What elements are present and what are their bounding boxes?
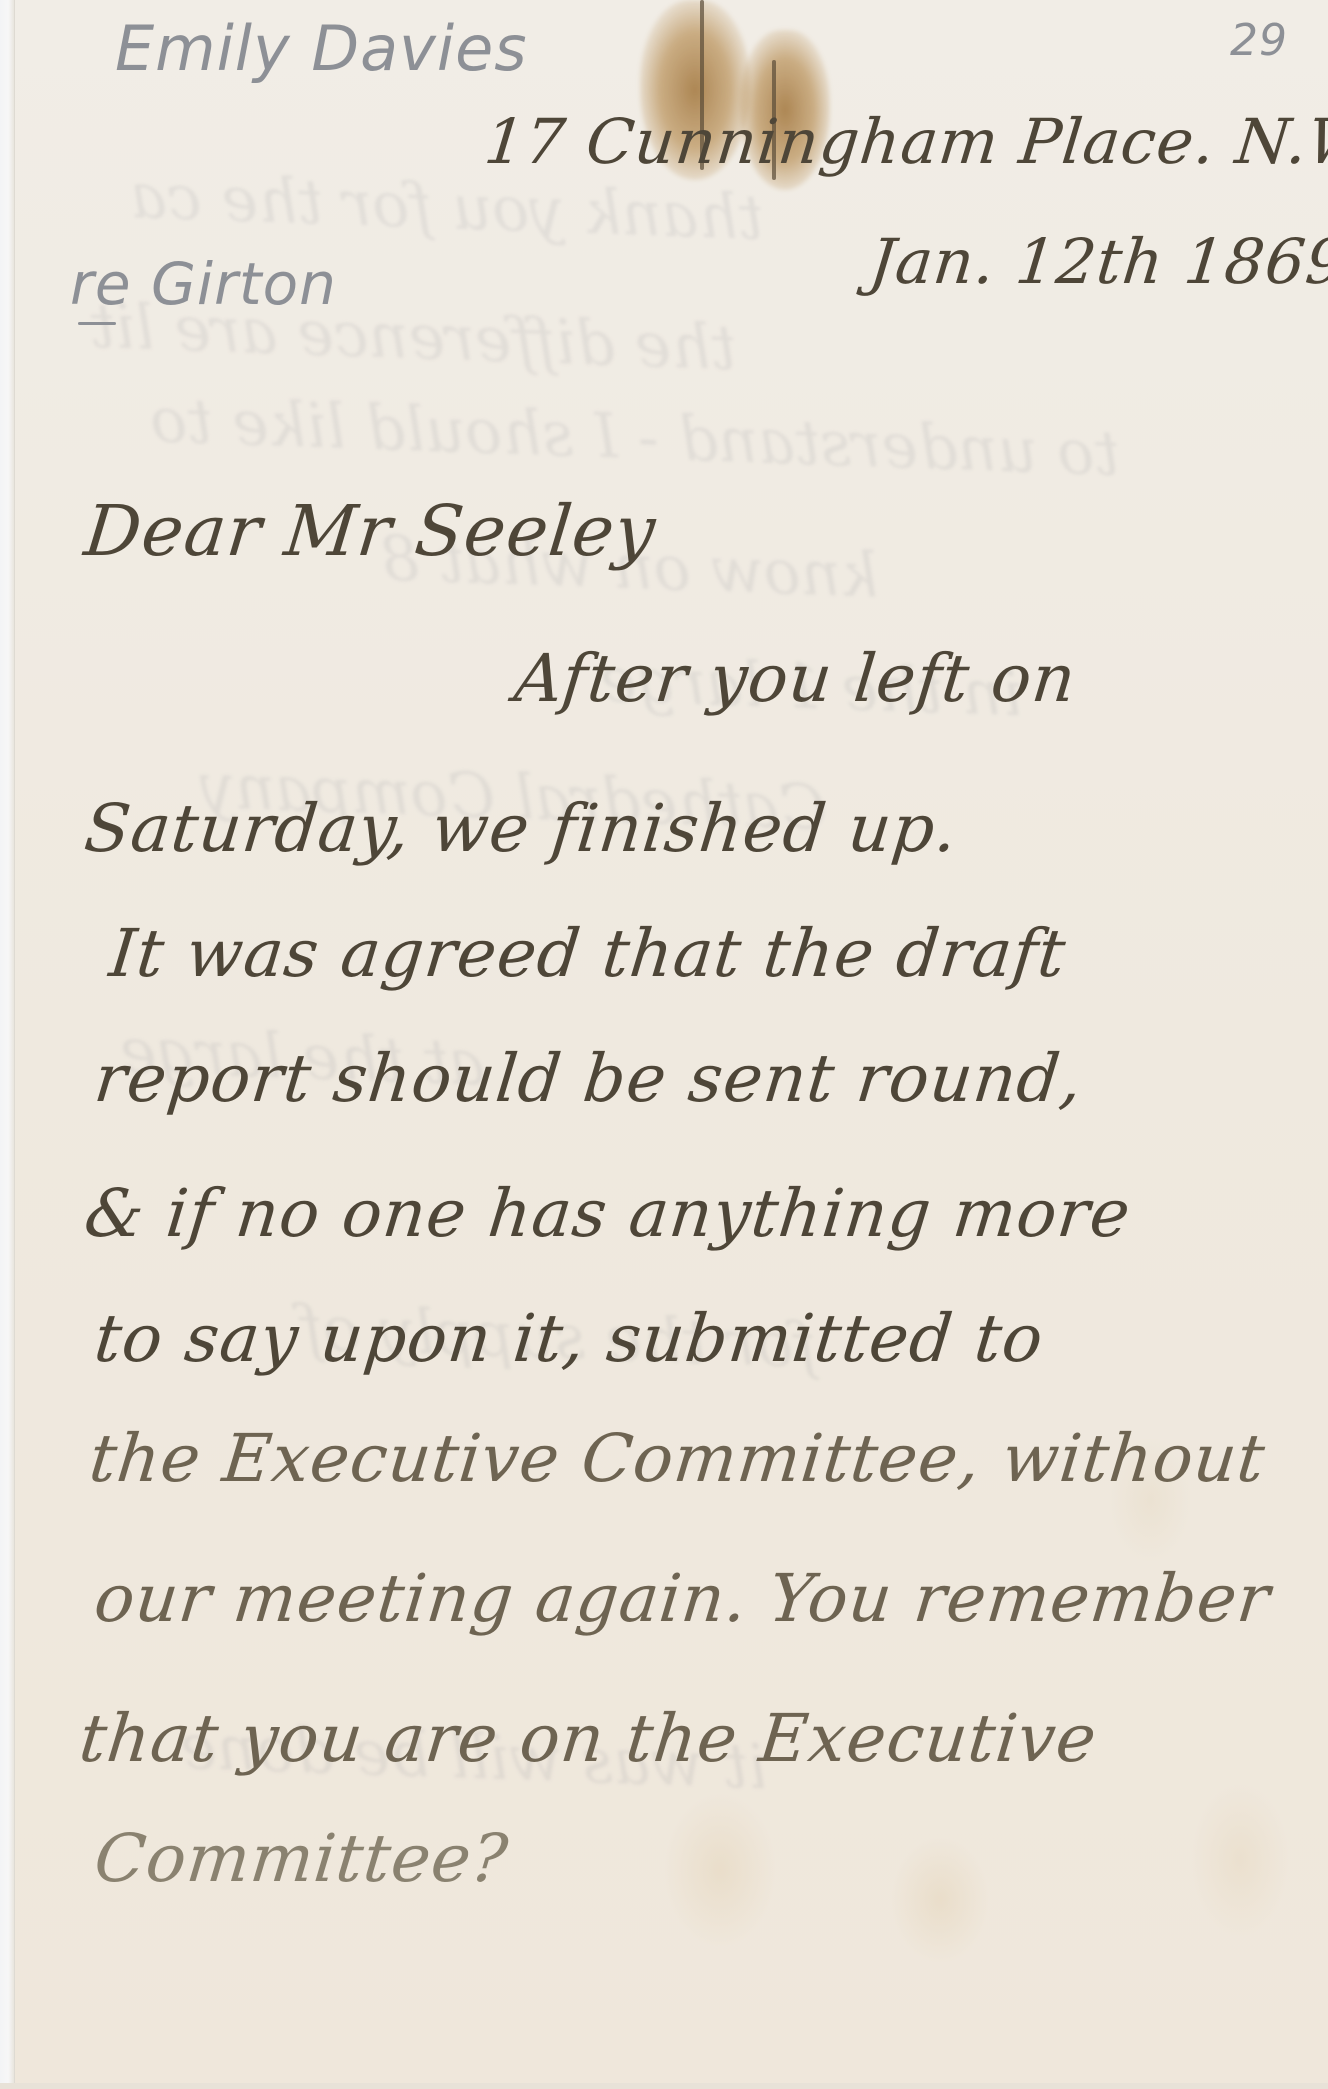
archive-mark-underline [78,322,116,325]
body-line: After you left on [511,640,1080,717]
body-line: It was agreed that the draft [106,915,1070,992]
sender-address: 17 Cunningham Place. N.W. [481,105,1328,178]
body-line: the Executive Committee, without [86,1420,1269,1497]
letter-date: Jan. 12th 1869 [866,225,1328,298]
body-line: Committee? [91,1820,512,1897]
letter-page: thank you for the ca the difference are … [0,0,1328,2089]
bleed-through-text: to understand - I should like to [149,383,1121,490]
archive-mark: re Girton [70,250,337,318]
author-pencil-note: Emily Davies [115,12,528,85]
body-line: Saturday, we finished up. [81,790,961,867]
folio-number: 29 [1230,15,1288,66]
body-line: our meeting again. You remember [91,1560,1274,1637]
page-bottom-edge [0,2083,1328,2089]
salutation: Dear Mr Seeley [81,490,660,572]
body-line: & if no one has anything more [81,1175,1134,1252]
body-line: to say upon it, submitted to [91,1300,1047,1377]
page-left-edge [0,0,15,2089]
body-line: that you are on the Executive [76,1700,1101,1777]
body-line: report should be sent round, [91,1040,1086,1117]
